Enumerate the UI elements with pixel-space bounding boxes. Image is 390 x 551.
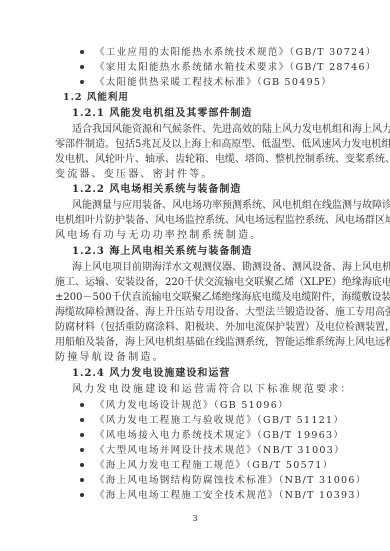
bullet-icon: [80, 50, 84, 54]
bullet-icon: [80, 65, 84, 69]
list-item-text: 《风力发电工程施工与验收规范》（GB/T 51121）: [95, 415, 344, 426]
paragraph-line: 防撞导航设备制造。: [55, 352, 330, 364]
list-item: 《风力发电工程施工与验收规范》（GB/T 51121）: [80, 415, 344, 427]
paragraph-line: 海上风电项目前期海洋水文观测仪器、勘测设备、测风设备、海上风电机组基础制作、: [72, 262, 330, 274]
section-heading: 1.2 风能利用: [63, 92, 129, 104]
list-item: 《海上风电场钢结构防腐蚀技术标准》（NB/T 31006）: [80, 475, 367, 487]
list-item-text: 《海上风电场工程施工安全技术规范》（NB/T 10393）: [95, 490, 367, 501]
paragraph-line: 适合我国风能资源和气候条件、先进高效的陆上风力发电机组和海上风力发电机组及: [72, 124, 330, 136]
bullet-icon: [80, 80, 84, 84]
list-item: 《大型风电场并网设计技术规范》（NB/T 31003）: [80, 445, 345, 457]
paragraph-line: 风电场有功与无功功率控制系统制造。: [55, 230, 330, 242]
bullet-icon: [80, 463, 84, 467]
paragraph-line: 电机组叶片防护装备、风电场监控系统、风电场远程监控系统、风电场群区域集控系统、: [55, 215, 330, 227]
list-item: 《风力发电场设计规范》（GB 51096）: [80, 400, 289, 412]
list-item-text: 《家用太阳能热水系统储水箱技术要求》（GB/T 28746）: [95, 62, 377, 73]
list-item-text: 《大型风电场并网设计技术规范》（NB/T 31003）: [95, 445, 345, 456]
paragraph-line: 发电机、风轮叶片、轴承、齿轮箱、电缆、塔筒、整机控制系统、变桨系统、偏航系统、: [55, 154, 330, 166]
subsection-heading: 1.2.4 风力发电设施建设和运营: [72, 368, 230, 380]
list-item-text: 《海上风电场钢结构防腐蚀技术标准》（NB/T 31006）: [95, 475, 367, 486]
bullet-icon: [80, 418, 84, 422]
list-item-text: 《风电场接入电力系统技术规定》（GB/T 19963）: [95, 430, 344, 441]
list-item-text: 《太阳能供热采暖工程技术标准》（GB 50495）: [95, 77, 332, 88]
paragraph-line: 用船舶及装备，海上风电机组基础在线监测系统，智能运维系统海上风电远程航行装置，: [55, 337, 330, 349]
list-item: 《风电场接入电力系统技术规定》（GB/T 19963）: [80, 430, 344, 442]
subsection-heading: 1.2.1 风能发电机组及其零部件制造: [72, 108, 252, 120]
list-item: 《海上风力发电工程施工规范》（GB/T 50571）: [80, 460, 333, 472]
list-item-text: 《海上风力发电工程施工规范》（GB/T 50571）: [95, 460, 333, 471]
list-item: 《海上风电场工程施工安全技术规范》（NB/T 10393）: [80, 490, 367, 502]
page-number: 3: [0, 514, 390, 523]
list-item: 《工业应用的太阳能热水系统技术规范》（GB/T 30724）: [80, 47, 377, 59]
paragraph-line: 风力发电设施建设和运营需符合以下标准规范要求：: [72, 384, 330, 396]
paragraph-line: 防腐材料（包括重防腐涂料、阳极块、外加电流保护装置）及电位检测装置，运行维护专: [55, 322, 330, 334]
paragraph-line: 海缆故障检测设备、海上升压站专用设备、大型法兰锻造设备、施工专用高强度灌浆材料、: [55, 307, 330, 319]
paragraph-line: 风能测量与应用装备、风电场功率预测系统、风电机组在线监测与故障诊断系统、风: [72, 200, 330, 212]
subsection-heading: 1.2.2 风电场相关系统与装备制造: [72, 184, 241, 196]
list-item: 《太阳能供热采暖工程技术标准》（GB 50495）: [80, 77, 332, 89]
bullet-icon: [80, 433, 84, 437]
bullet-icon: [80, 403, 84, 407]
document-page: 《工业应用的太阳能热水系统技术规范》（GB/T 30724） 《家用太阳能热水系…: [0, 0, 390, 551]
bullet-icon: [80, 493, 84, 497]
paragraph-line: ±200－500千伏直流输电交联聚乙烯绝缘海底电缆及电缆附件，海缆敷设装备（包括…: [55, 292, 330, 304]
list-item-text: 《工业应用的太阳能热水系统技术规范》（GB/T 30724）: [95, 47, 377, 58]
bullet-icon: [80, 448, 84, 452]
paragraph-line: 零部件制造。包括5兆瓦及以上海上和高原型、低温型、低风速风力发电机组配套的各类: [55, 139, 330, 151]
subsection-heading: 1.2.3 海上风电相关系统与装备制造: [72, 246, 252, 258]
list-item-text: 《风力发电场设计规范》（GB 51096）: [95, 400, 289, 411]
paragraph-line: 变流器、变压器、密封件等。: [55, 169, 330, 181]
paragraph-line: 施工、运输、安装设备，220千伏交流输电交联聚乙烯（XLPE）绝缘海底电缆及电缆…: [55, 277, 330, 289]
bullet-icon: [80, 478, 84, 482]
list-item: 《家用太阳能热水系统储水箱技术要求》（GB/T 28746）: [80, 62, 377, 74]
